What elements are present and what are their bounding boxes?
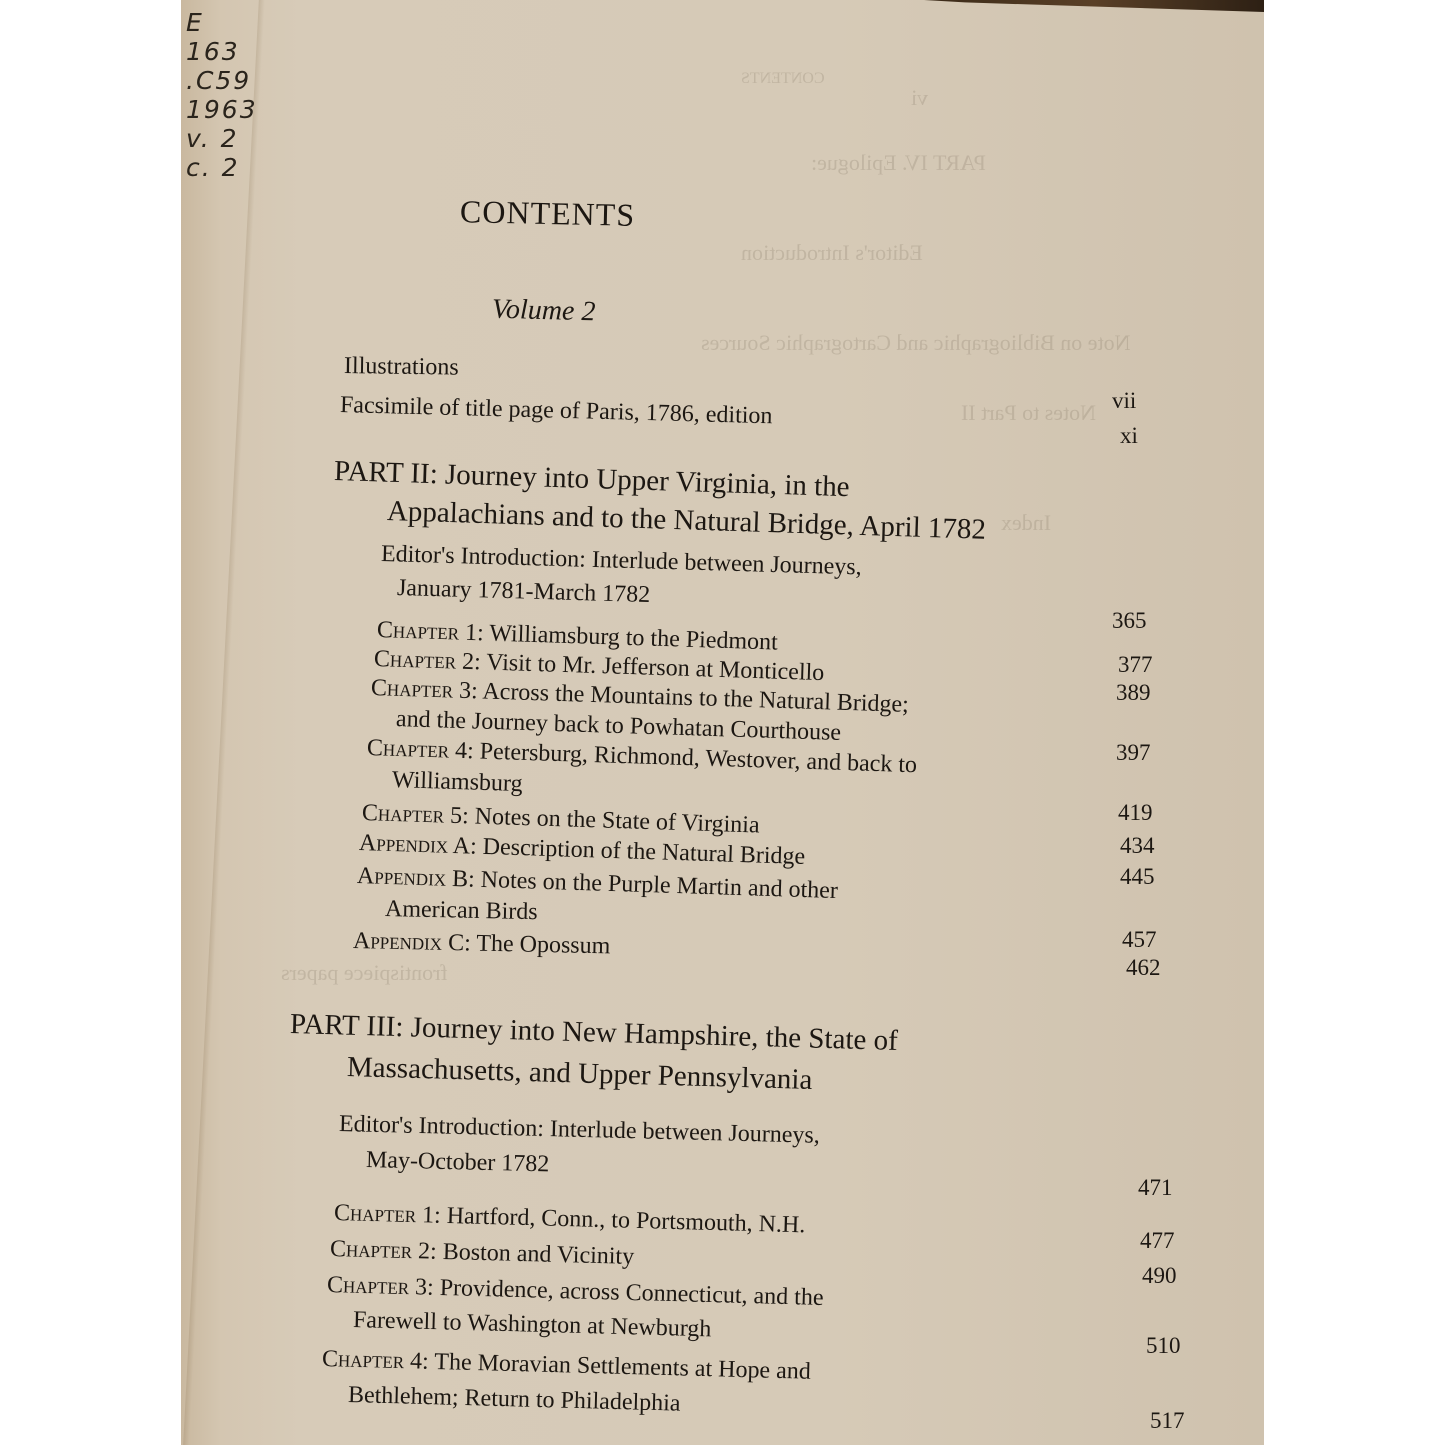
call-number-line: v. 2 [186,124,258,153]
part-label: PART II: [334,455,439,490]
entry-label: Chapter 1: [334,1200,441,1229]
page-number: 377 [1118,652,1153,678]
show-through-text: Editor's Introduction [741,240,923,266]
page-number: 397 [1116,740,1151,766]
show-through-text: CONTENTS [741,70,825,88]
call-number-line: 163 [186,37,258,66]
page-title: CONTENTS [460,193,636,234]
entry-label: Chapter 1: [377,617,485,646]
entry-label: Appendix B: [357,863,476,893]
volume-heading: Volume 2 [492,294,596,329]
part-label: PART III: [290,1008,404,1043]
page-number: 389 [1116,680,1151,706]
toc-entry-illustrations: Illustrations [344,353,459,382]
call-number-line: 1963 [186,95,258,124]
show-through-text: Note on Bibliographic and Cartographic S… [701,330,1131,356]
entry-label: Chapter 4: [322,1346,429,1375]
entry-title: The Opossum [476,931,611,960]
page-number: 434 [1120,833,1155,859]
call-number: E 163 .C59 1963 v. 2 c. 2 [186,8,258,182]
entry-title-continued: American Birds [385,896,538,926]
page-number: 471 [1138,1175,1173,1201]
toc-entry-appendix: Appendix C: The Opossum [353,928,611,960]
page-number: 490 [1142,1263,1177,1289]
page-number: xi [1120,423,1138,449]
entry-label: Chapter 2: [374,646,482,675]
entry-label: Appendix C: [353,928,471,956]
call-number-line: .C59 [186,66,258,95]
entry-title-continued: Williamsburg [392,767,523,798]
entry-label: Appendix A: [359,830,478,860]
page-number: 477 [1140,1228,1175,1254]
entry-title: Boston and Vicinity [442,1239,634,1270]
entry-label: Chapter 4: [367,735,475,764]
entry-label: Chapter 3: [371,675,479,704]
call-number-line: E [186,8,258,37]
entry-label: Chapter 3: [327,1272,434,1301]
page-number: 457 [1122,927,1157,953]
entry-label: Chapter 2: [330,1236,437,1265]
show-through-text: frontispiece papers [281,960,448,986]
page-number: vii [1112,388,1136,414]
page-number: 365 [1112,608,1147,634]
entry-label: Chapter 5: [362,800,470,829]
show-through-text: Notes to Part II [961,400,1096,426]
background-surface-corner [924,0,1264,12]
page-number: 517 [1150,1408,1185,1434]
page-number: 510 [1146,1333,1181,1359]
call-number-line: c. 2 [186,153,258,182]
page-number: 445 [1120,864,1155,890]
show-through-text: PART IV. Epilogue: [811,150,986,176]
page-number: 419 [1118,800,1153,826]
page-number: 462 [1126,955,1161,981]
show-through-text: vi [911,85,928,111]
editor-intro-dates: May-October 1782 [366,1147,550,1178]
show-through-text: Index [1001,510,1051,536]
